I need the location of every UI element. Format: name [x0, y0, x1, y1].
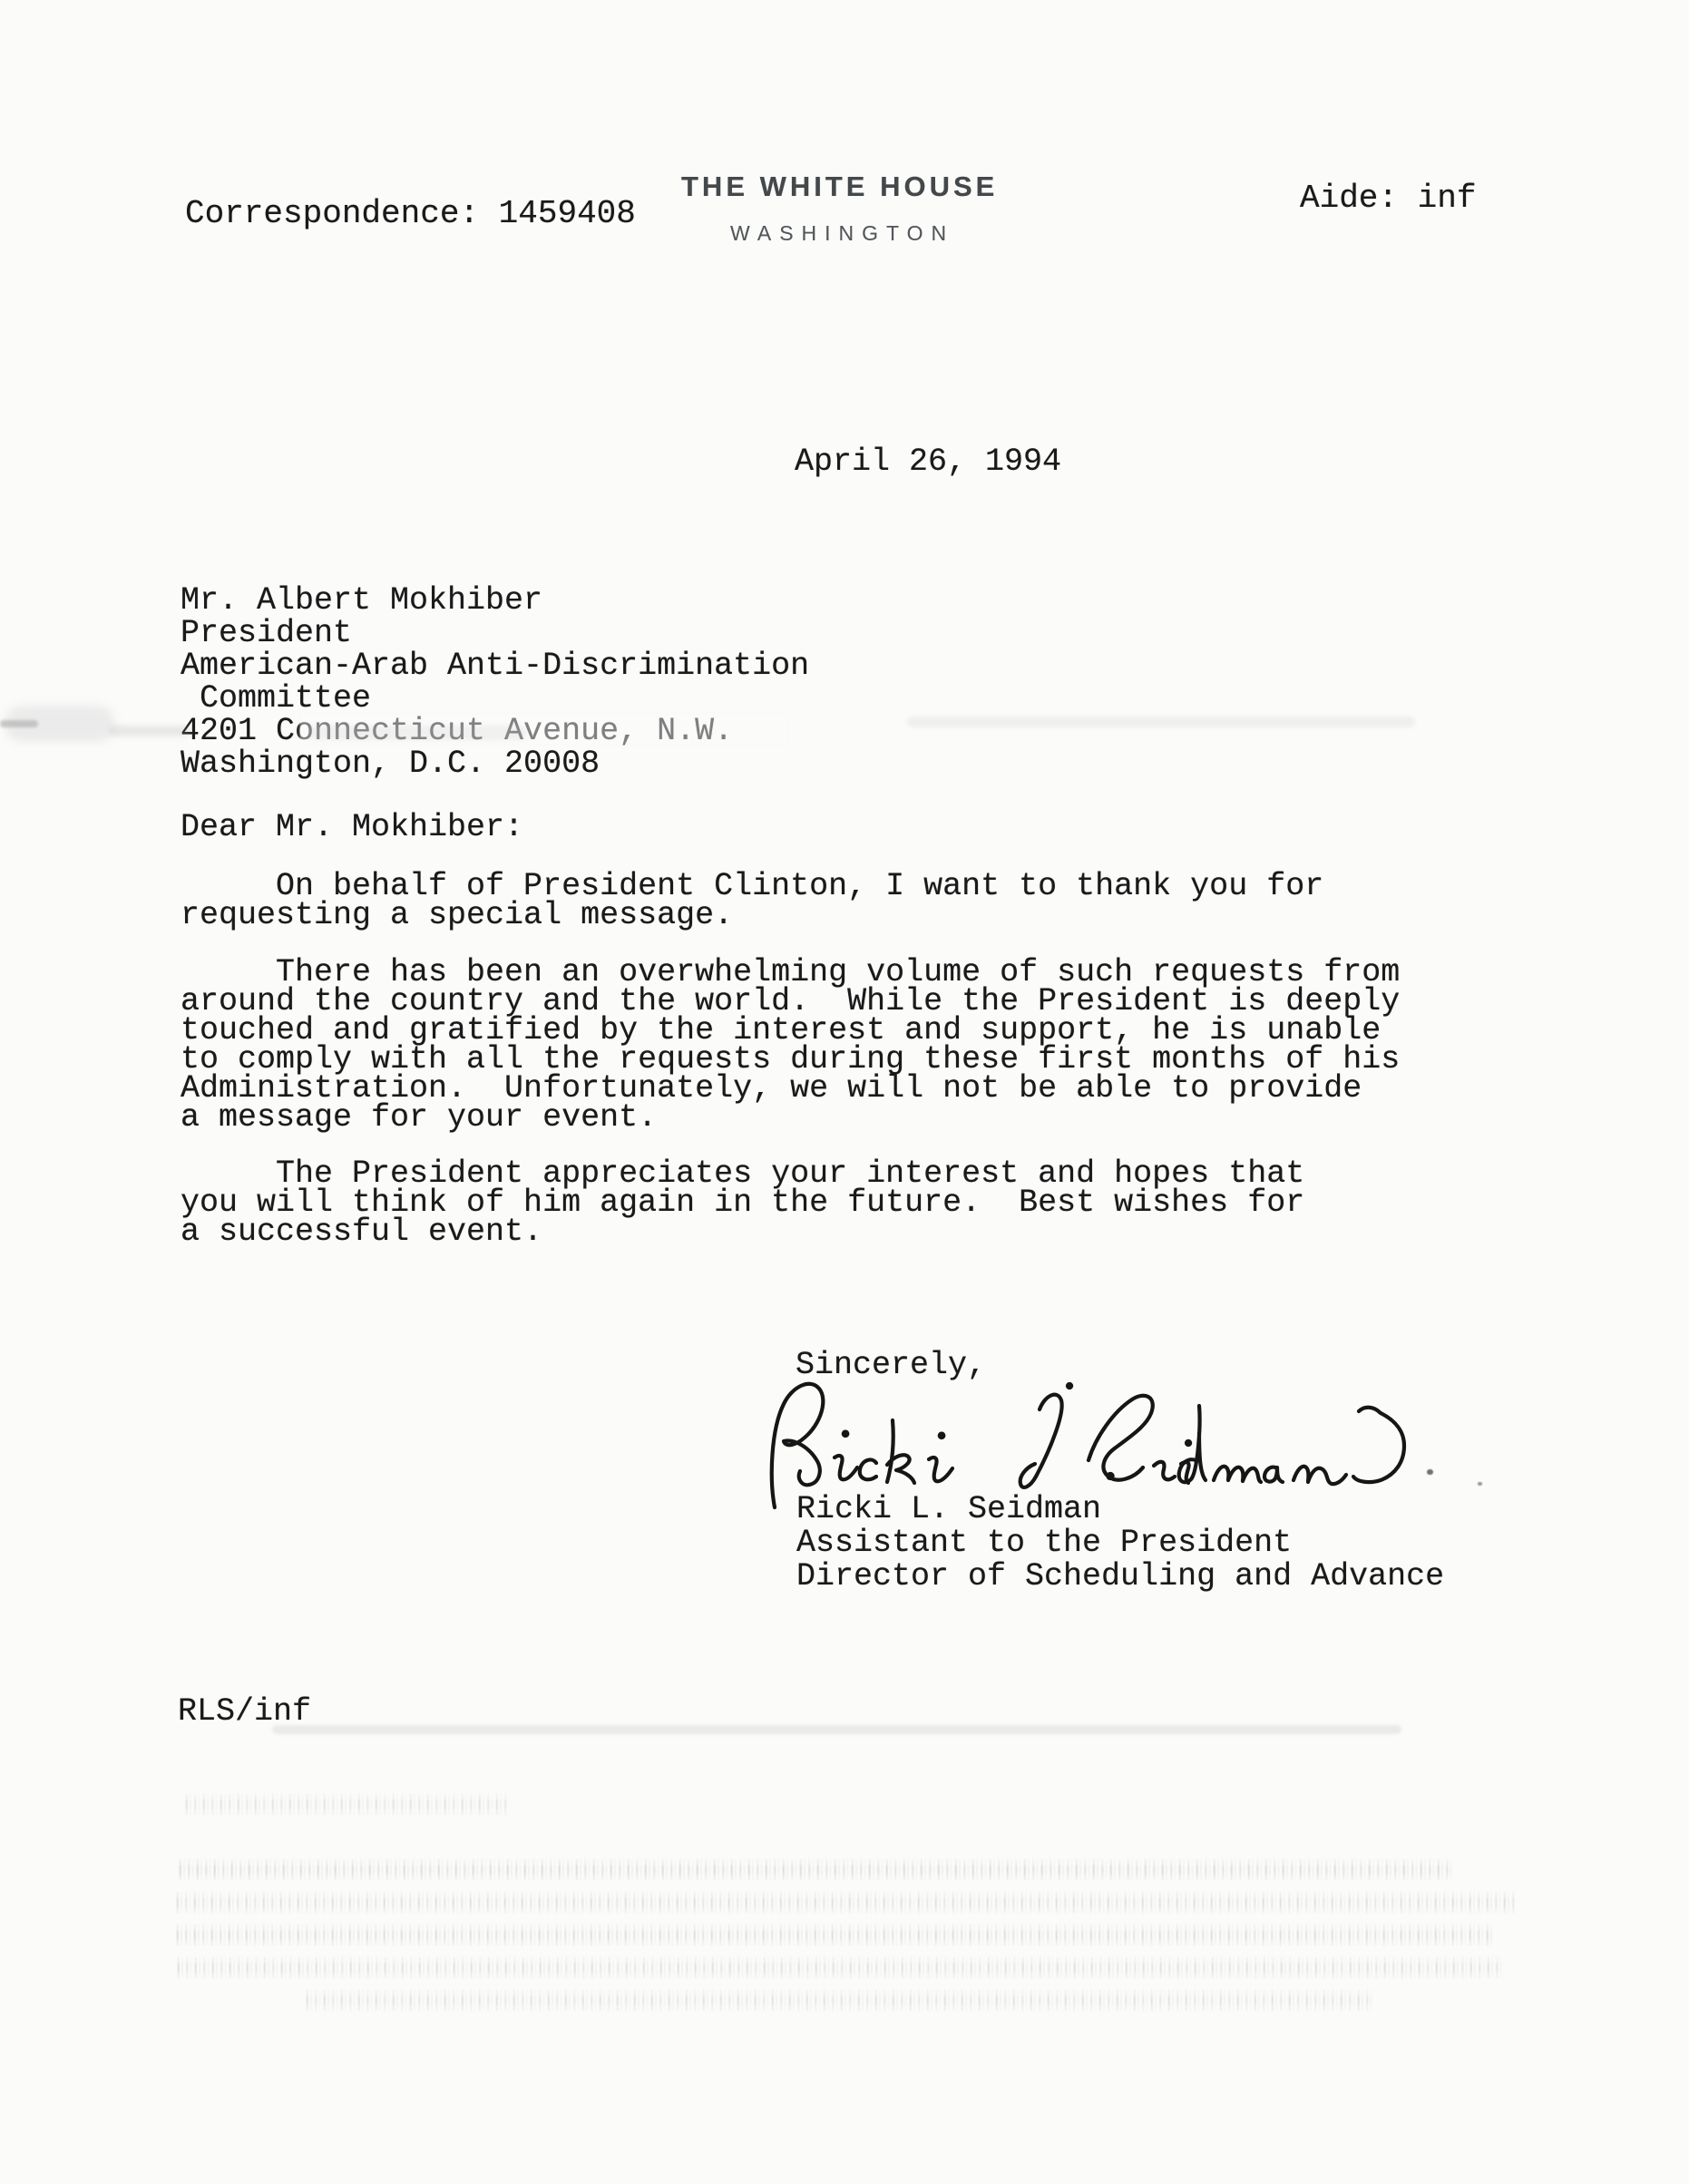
date-line: April 26, 1994 [795, 447, 1061, 476]
ghost-text-line [178, 1957, 1504, 1978]
ghost-text-line [177, 1892, 1515, 1913]
letter-page: Correspondence: 1459408 THE WHITE HOUSE … [0, 0, 1689, 2184]
scan-smudge [5, 706, 114, 742]
salutation: Dear Mr. Mokhiber: [181, 813, 523, 842]
letterhead-title: THE WHITE HOUSE [681, 171, 998, 203]
scan-smudge [1478, 1482, 1482, 1486]
signer-name: Ricki L. Seidman [796, 1493, 1101, 1526]
aide-note: Aide: inf [1300, 184, 1476, 213]
scan-smudge [1427, 1469, 1433, 1475]
signer-title-2: Director of Scheduling and Advance [796, 1560, 1444, 1594]
scan-smudge [0, 720, 38, 727]
ghost-text-line [307, 1990, 1372, 2011]
body-paragraph-2: There has been an overwhelming volume of… [181, 958, 1400, 1132]
recipient-address: Mr. Albert Mokhiber President American-A… [181, 584, 809, 780]
ghost-text-line [180, 1859, 1454, 1880]
ghost-text-line [186, 1794, 508, 1815]
scan-smudge [907, 717, 1415, 727]
reference-initials: RLS/inf [178, 1697, 311, 1726]
body-paragraph-3: The President appreciates your interest … [181, 1159, 1304, 1246]
letterhead-subtitle: WASHINGTON [730, 221, 954, 246]
signer-title-1: Assistant to the President [796, 1526, 1292, 1560]
correspondence-number: Correspondence: 1459408 [185, 200, 636, 229]
scan-smudge [272, 1725, 1401, 1734]
ghost-text-line [177, 1925, 1494, 1945]
scan-smudge [109, 726, 190, 736]
body-paragraph-1: On behalf of President Clinton, I want t… [181, 872, 1323, 930]
